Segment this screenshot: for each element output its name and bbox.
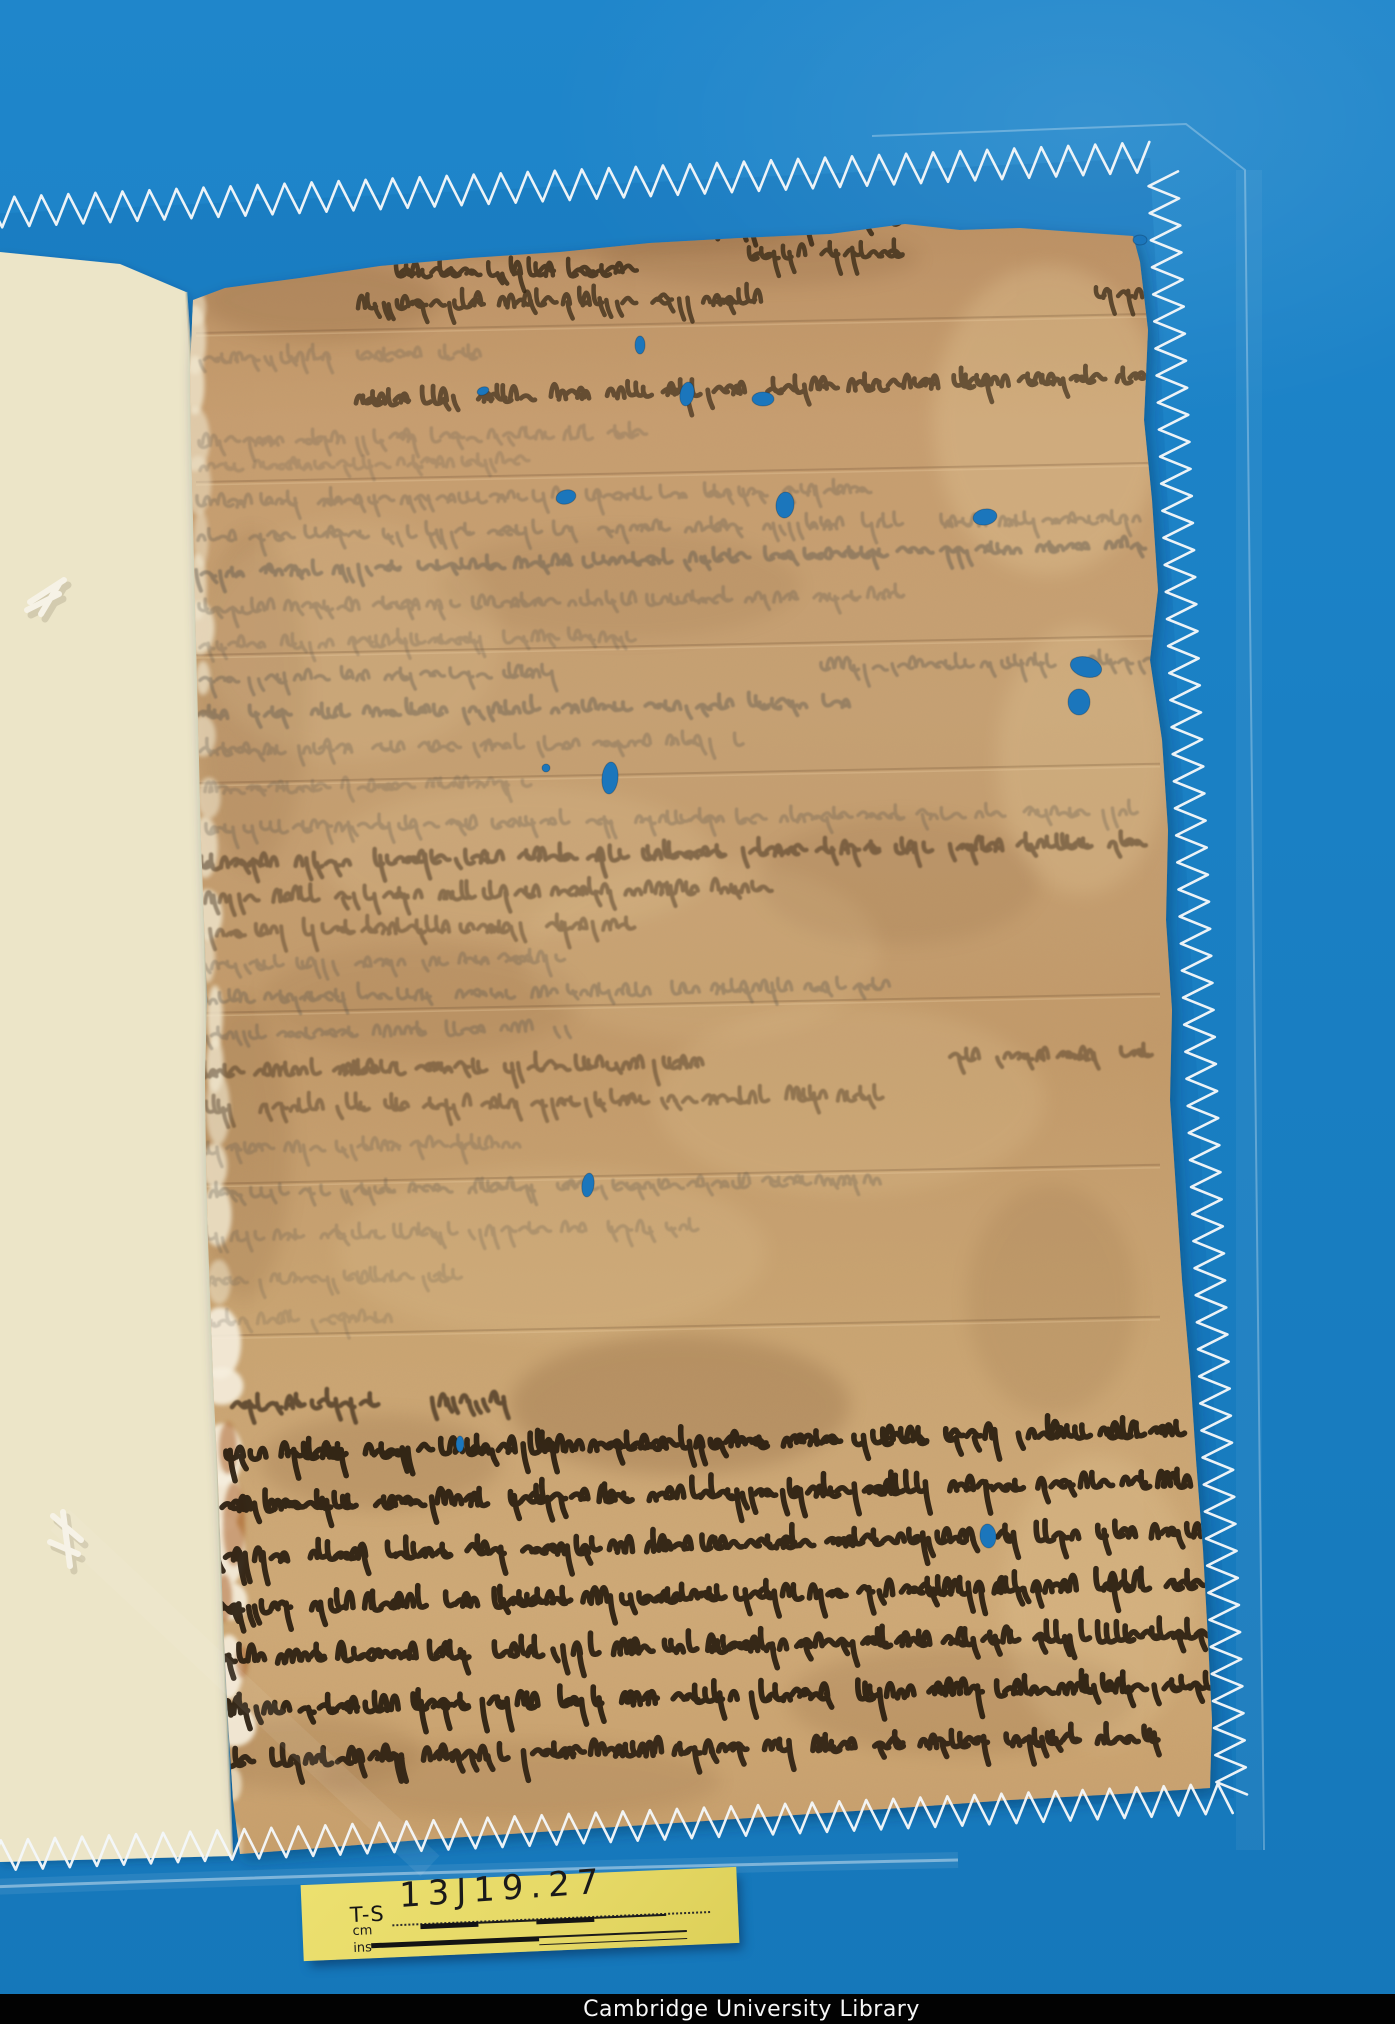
digitized-manuscript-photo <box>0 0 1395 2024</box>
manuscript-fragment <box>160 190 1240 1870</box>
institution-name: Cambridge University Library <box>583 1997 920 2022</box>
cm-unit-label: cm <box>352 1923 372 1939</box>
photo-canvas: T-S 13J19.27 cm ins Cambridge University… <box>0 0 1395 2024</box>
footer-bar: Cambridge University Library <box>0 1994 1395 2024</box>
ins-unit-label: ins <box>353 1940 372 1956</box>
